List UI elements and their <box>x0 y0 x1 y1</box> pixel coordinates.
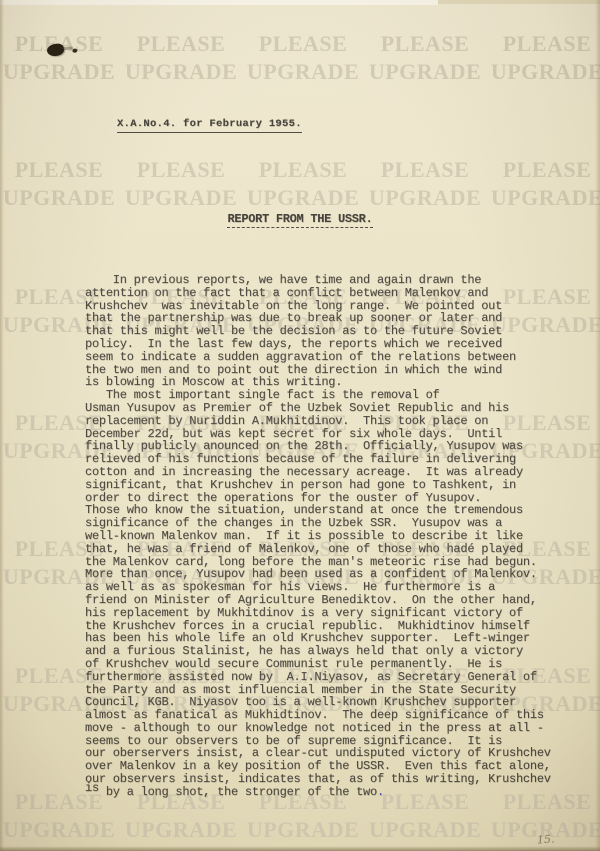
doc-number: X.A.No.4. for February 1955. <box>117 118 302 133</box>
handwritten-page-number: 15. <box>537 832 555 846</box>
typed-line: our observers insist, indicates that, as… <box>85 773 551 786</box>
typed-line: significant, that Krushchev in person ha… <box>85 479 551 492</box>
typed-line: Usman Yusupov as Premier of the Uzbek So… <box>85 402 551 415</box>
watermark-text: PLEASE UPGRADE <box>486 156 600 212</box>
watermark-text: PLEASE UPGRADE <box>364 156 486 212</box>
typed-line: policy. In the last few days, the report… <box>85 338 551 351</box>
report-title-wrap: REPORT FROM THE USSR. <box>0 209 600 228</box>
watermark-text: PLEASE UPGRADE <box>0 156 120 212</box>
doc-number-text: X.A.No.4. for February 1955. <box>117 118 302 133</box>
typed-line: seem to indicate a sudden aggravation of… <box>85 351 551 364</box>
watermark-text: PLEASE UPGRADE <box>120 30 242 86</box>
typed-line-final: is by a long shot, the stronger of the t… <box>85 786 551 799</box>
report-title: REPORT FROM THE USSR. <box>227 212 374 228</box>
watermark-text: PLEASE UPGRADE <box>242 30 364 86</box>
scan-edge-right <box>595 0 600 851</box>
typed-line: his replacement by Mukhitdinov is a very… <box>85 607 551 620</box>
scan-edge-top-right <box>438 0 600 4</box>
typed-body: In previous reports, we have time and ag… <box>85 274 551 799</box>
watermark-row: PLEASE UPGRADEPLEASE UPGRADEPLEASE UPGRA… <box>0 156 600 212</box>
typed-line: furthermore assisted now by A.I.Niyasov,… <box>85 671 551 684</box>
typed-line: of Krushchev would secure Communist rule… <box>85 658 551 671</box>
scanned-document-page: PLEASE UPGRADEPLEASE UPGRADEPLEASE UPGRA… <box>0 0 600 851</box>
scan-edge-bottom <box>0 846 600 851</box>
typed-line: that, he was a friend of Malenkov, one o… <box>85 543 551 556</box>
watermark-text: PLEASE UPGRADE <box>486 30 600 86</box>
watermark-text: PLEASE UPGRADE <box>0 30 120 86</box>
blue-ink-period: . <box>377 785 384 799</box>
typed-line: well-known Malenkov man. If it is possib… <box>85 530 551 543</box>
typed-line: replacement by Nuriddin A.Mukhitdinov. T… <box>85 415 551 428</box>
typed-line: almost as fanatical as Mukhidtinov. The … <box>85 709 551 722</box>
typed-line: move - although to our knowledge not not… <box>85 722 551 735</box>
typed-raised-word: is <box>85 781 99 795</box>
typed-line: friend on Minister of Agriculture Benedi… <box>85 594 551 607</box>
typed-line: In previous reports, we have time and ag… <box>85 274 551 287</box>
scan-edge-top <box>0 0 438 5</box>
watermark-text: PLEASE UPGRADE <box>120 156 242 212</box>
typed-line: as well as as spokesman for his views. H… <box>85 581 551 594</box>
scan-edge-left <box>0 0 4 851</box>
watermark-row: PLEASE UPGRADEPLEASE UPGRADEPLEASE UPGRA… <box>0 30 600 86</box>
watermark-text: PLEASE UPGRADE <box>364 30 486 86</box>
typed-line: and a furious Stalinist, he has always h… <box>85 645 551 658</box>
typed-line: attention on the fact that a conflict be… <box>85 287 551 300</box>
watermark-text: PLEASE UPGRADE <box>242 156 364 212</box>
typed-line: cotton and in increasing the necessary a… <box>85 466 551 479</box>
